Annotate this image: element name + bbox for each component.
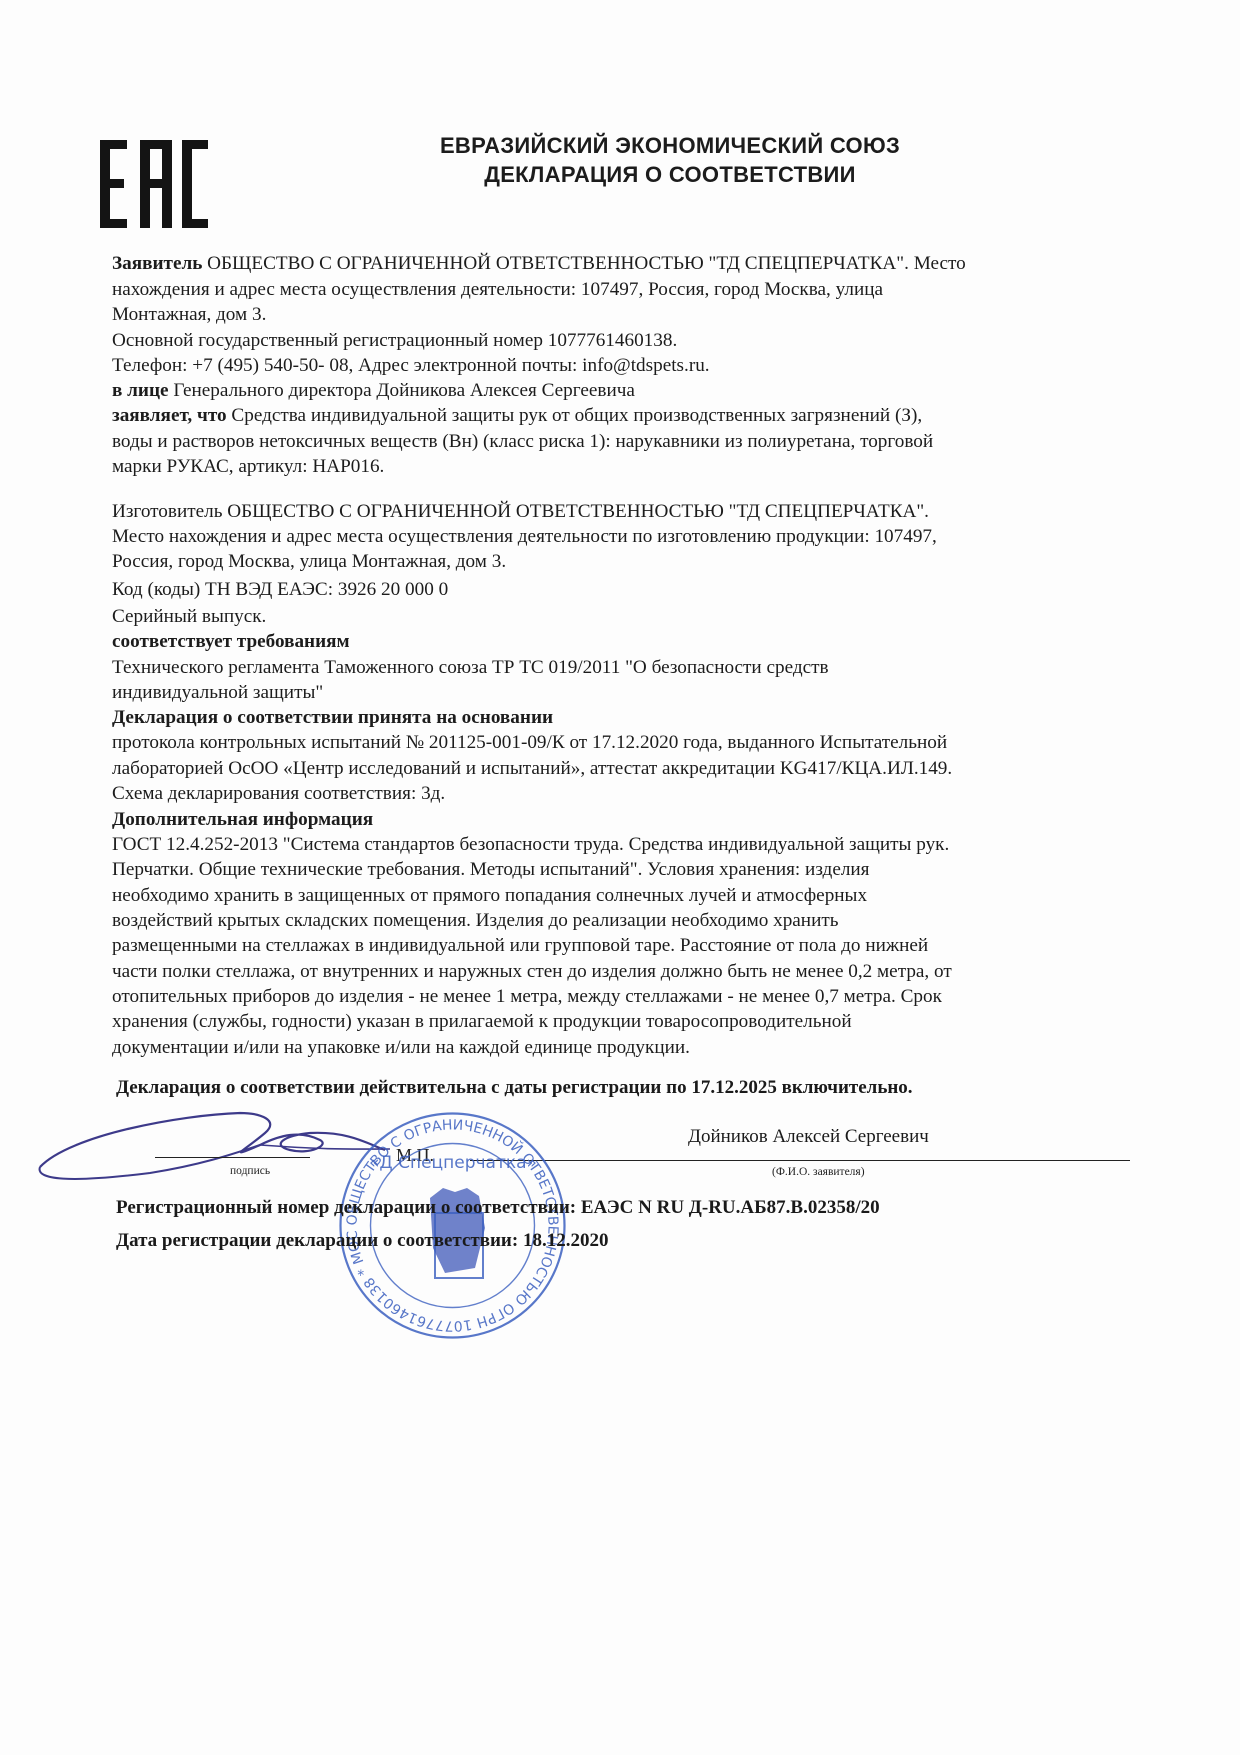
- complies-line-2: индивидуальной защиты": [112, 681, 323, 705]
- additional-line: документации и/или на упаковке и/или на …: [112, 1036, 690, 1060]
- declaration-page: ЕВРАЗИЙСКИЙ ЭКОНОМИЧЕСКИЙ СОЮЗ ДЕКЛАРАЦИ…: [0, 0, 1240, 1755]
- svg-text:«Д Спецперчатка»: «Д Спецперчатка»: [369, 1153, 537, 1173]
- applicant-line-2: нахождения и адрес места осуществления д…: [112, 278, 883, 302]
- additional-line: необходимо хранить в защищенных от прямо…: [112, 884, 867, 908]
- additional-line: части полки стеллажа, от внутренних и на…: [112, 960, 952, 984]
- registration-date: Дата регистрации декларации о соответств…: [116, 1230, 608, 1252]
- signature-label: подпись: [230, 1165, 270, 1177]
- manufacturer-line-3: Россия, город Москва, улица Монтажная, д…: [112, 550, 506, 574]
- additional-line: хранения (службы, годности) указан в при…: [112, 1010, 852, 1034]
- additional-label: Дополнительная информация: [112, 808, 373, 832]
- company-stamp: ОБЩЕСТВО С ОГРАНИЧЕННОЙ ОТВЕТСТВЕННОСТЬЮ…: [335, 1108, 570, 1343]
- serial-release: Серийный выпуск.: [112, 605, 266, 629]
- basis-line-3: Схема декларирования соответствия: 3д.: [112, 782, 445, 806]
- applicant-ogrn: Основной государственный регистрационный…: [112, 329, 677, 353]
- tnved-code: Код (коды) ТН ВЭД ЕАЭС: 3926 20 000 0: [112, 578, 448, 602]
- manufacturer-line-1: Изготовитель ОБЩЕСТВО С ОГРАНИЧЕННОЙ ОТВ…: [112, 500, 929, 524]
- complies-line-1: Технического регламента Таможенного союз…: [112, 656, 829, 680]
- declares-line-3: марки РУКАС, артикул: НАР016.: [112, 455, 384, 479]
- complies-label: соответствует требованиям: [112, 630, 350, 654]
- signature-line: [155, 1157, 310, 1158]
- header-document-title: ДЕКЛАРАЦИЯ О СООТВЕТСТВИИ: [340, 162, 1000, 188]
- basis-line-1: протокола контрольных испытаний № 201125…: [112, 731, 947, 755]
- represented-label: в лице: [112, 380, 169, 401]
- applicant-contacts: Телефон: +7 (495) 540-50- 08, Адрес элек…: [112, 354, 710, 378]
- applicant-represented: в лице Генерального директора Дойникова …: [112, 379, 635, 403]
- eac-logo: [100, 140, 208, 228]
- header-union-title: ЕВРАЗИЙСКИЙ ЭКОНОМИЧЕСКИЙ СОЮЗ: [340, 133, 1000, 159]
- validity-statement: Декларация о соответствии действительна …: [116, 1077, 913, 1099]
- additional-line: Перчатки. Общие технические требования. …: [112, 858, 870, 882]
- additional-line: размещенными на стеллажах в индивидуальн…: [112, 934, 928, 958]
- declares-label: заявляет, что: [112, 405, 227, 426]
- name-label: (Ф.И.О. заявителя): [772, 1166, 865, 1178]
- additional-line: отопительных приборов до изделия - не ме…: [112, 985, 942, 1009]
- manufacturer-line-2: Место нахождения и адрес места осуществл…: [112, 525, 937, 549]
- declares-line-2: воды и растворов нетоксичных веществ (Вн…: [112, 430, 933, 454]
- applicant-name: Дойников Алексей Сергеевич: [688, 1126, 929, 1148]
- declares-line-1: заявляет, что Средства индивидуальной за…: [112, 404, 922, 428]
- applicant-line-1: Заявитель ОБЩЕСТВО С ОГРАНИЧЕННОЙ ОТВЕТС…: [112, 252, 966, 276]
- basis-label: Декларация о соответствии принята на осн…: [112, 706, 553, 730]
- basis-line-2: лабораторией ОсОО «Центр исследований и …: [112, 757, 952, 781]
- applicant-label: Заявитель: [112, 253, 202, 274]
- registration-number: Регистрационный номер декларации о соотв…: [116, 1197, 880, 1219]
- applicant-line-3: Монтажная, дом 3.: [112, 303, 266, 327]
- additional-line: воздействий крытых складских помещения. …: [112, 909, 838, 933]
- additional-line: ГОСТ 12.4.252-2013 "Система стандартов б…: [112, 833, 949, 857]
